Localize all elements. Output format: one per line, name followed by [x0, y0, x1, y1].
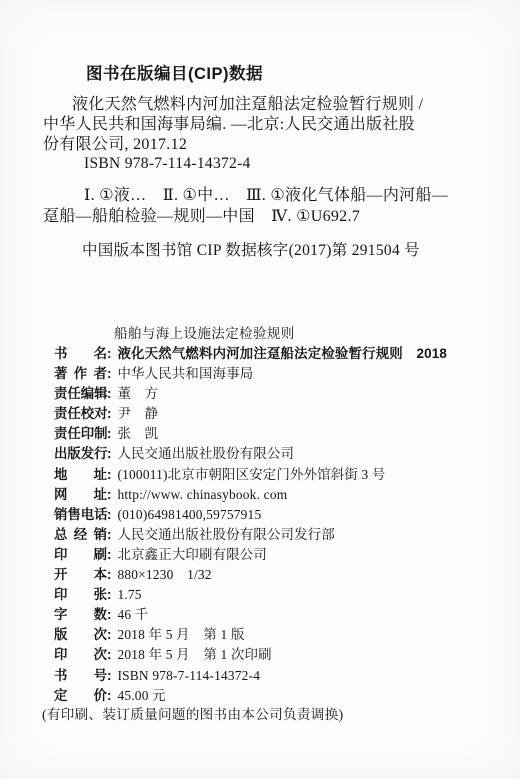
colophon-row-value: 中华人民共和国海事局 [117, 366, 253, 381]
cip-classification: Ⅰ. ①液… Ⅱ. ①中… Ⅲ. ①液化气体船—内河船— 趸船—船舶检验—规则—… [43, 185, 448, 227]
colophon-row-colon: : [107, 527, 111, 542]
colophon-row-label: 出版发行 [54, 444, 107, 464]
colophon-row: 版次:2018 年 5 月 第 1 版 [54, 625, 447, 645]
colophon-row: 书名:液化天然气燃料内河加注趸船法定检验暂行规则 2018 [54, 344, 447, 364]
colophon-row-value: 2018 年 5 月 第 1 次印刷 [117, 647, 271, 662]
colophon-row-label: 著作者 [54, 364, 107, 384]
colophon-row: 责任印制:张 凯 [54, 424, 447, 444]
cip-publisher-line-2: 份有限公司, 2017.12 [43, 135, 423, 155]
colophon-row: 责任编辑:董 方 [54, 384, 447, 404]
colophon-row: 印次:2018 年 5 月 第 1 次印刷 [54, 645, 447, 665]
colophon-row-label: 网址 [54, 485, 107, 505]
colophon-row-value: 1.75 [117, 587, 141, 602]
colophon-row-colon: : [107, 346, 111, 361]
colophon-row-label: 字数 [54, 605, 107, 625]
colophon-row: 印刷:北京鑫正大印刷有限公司 [54, 545, 447, 565]
colophon-row-value: 尹 静 [117, 406, 158, 421]
colophon-row-colon: : [107, 668, 111, 683]
cip-publisher-line: 中华人民共和国海事局编. —北京:人民交通出版社股 [43, 115, 423, 135]
colophon-row-colon: : [107, 487, 111, 502]
colophon-row-label: 印刷 [54, 545, 107, 565]
colophon-row-label: 销售电话 [54, 505, 107, 525]
colophon-row-value: 董 方 [117, 386, 158, 401]
quality-note: (有印刷、装订质量问题的图书由本公司负责调换) [42, 703, 343, 723]
colophon-row-value: 液化天然气燃料内河加注趸船法定检验暂行规则 2018 [117, 346, 447, 361]
colophon-row-colon: : [107, 587, 111, 602]
cip-description-paragraph: 液化天然气燃料内河加注趸船法定检验暂行规则 / 中华人民共和国海事局编. —北京… [43, 95, 423, 156]
colophon-row: 总经销:人民交通出版社股份有限公司发行部 [54, 525, 447, 545]
colophon-row-value: 北京鑫正大印刷有限公司 [117, 547, 267, 562]
colophon-row-colon: : [107, 688, 111, 703]
colophon-row: 书号:ISBN 978-7-114-14372-4 [54, 666, 447, 686]
colophon-row-colon: : [107, 366, 111, 381]
colophon-row-colon: : [107, 607, 111, 622]
colophon-row-value: ISBN 978-7-114-14372-4 [117, 668, 260, 683]
colophon-rows: 书名:液化天然气燃料内河加注趸船法定检验暂行规则 2018著作者:中华人民共和国… [54, 344, 447, 706]
colophon-row-colon: : [107, 647, 111, 662]
colophon-row-label: 地址 [54, 465, 107, 485]
series-title: 船舶与海上设施法定检验规则 [114, 322, 295, 342]
cip-classification-line-2: 趸船—船舶检验—规则—中国 Ⅳ. ①U692.7 [43, 206, 448, 227]
colophon-row-label: 书号 [54, 666, 107, 686]
colophon-row: 网址:http://www. chinasybook. com [54, 485, 447, 505]
colophon-row-value: 人民交通出版社股份有限公司发行部 [117, 527, 334, 542]
colophon-row-colon: : [107, 627, 111, 642]
colophon-row-colon: : [107, 426, 111, 441]
colophon-row-label: 总经销 [54, 525, 107, 545]
colophon-row: 地址:(100011)北京市朝阳区安定门外外馆斜街 3 号 [54, 465, 447, 485]
colophon-row: 责任校对:尹 静 [54, 404, 447, 424]
cip-classification-line-1: Ⅰ. ①液… Ⅱ. ①中… Ⅲ. ①液化气体船—内河船— [43, 185, 448, 206]
colophon-row-label: 责任印制 [54, 424, 107, 444]
colophon-row-colon: : [107, 507, 111, 522]
colophon-row-label: 版次 [54, 625, 107, 645]
colophon-row-label: 责任编辑 [54, 384, 107, 404]
colophon-row-colon: : [107, 446, 111, 461]
colophon-row-value: http://www. chinasybook. com [117, 487, 287, 502]
colophon-row-colon: : [107, 406, 111, 421]
colophon-row: 销售电话:(010)64981400,59757915 [54, 505, 447, 525]
colophon-row-label: 责任校对 [54, 404, 107, 424]
colophon-row-value: (100011)北京市朝阳区安定门外外馆斜街 3 号 [117, 467, 385, 482]
colophon-row-colon: : [107, 386, 111, 401]
colophon-row-value: 46 千 [117, 607, 148, 622]
colophon-row: 出版发行:人民交通出版社股份有限公司 [54, 444, 447, 464]
colophon-row: 字数:46 千 [54, 605, 447, 625]
colophon-row-value: 45.00 元 [117, 688, 165, 703]
colophon-row-value: 人民交通出版社股份有限公司 [117, 446, 294, 461]
colophon-row-value: 880×1230 1/32 [117, 567, 211, 582]
cip-header: 图书在版编目(CIP)数据 [86, 60, 263, 84]
colophon-row: 开本:880×1230 1/32 [54, 565, 447, 585]
colophon-row-colon: : [107, 567, 111, 582]
cip-isbn-line: ISBN 978-7-114-14372-4 [84, 155, 251, 173]
colophon-row-colon: : [107, 547, 111, 562]
colophon-row-value: 张 凯 [117, 426, 158, 441]
colophon-row-label: 印张 [54, 585, 107, 605]
colophon-row-value: 2018 年 5 月 第 1 版 [117, 627, 244, 642]
cip-record-number-line: 中国版本图书馆 CIP 数据核字(2017)第 291504 号 [82, 238, 420, 260]
colophon-row: 著作者:中华人民共和国海事局 [54, 364, 447, 384]
colophon-row-label: 开本 [54, 565, 107, 585]
colophon-row-value: (010)64981400,59757915 [117, 507, 261, 522]
colophon-row-label: 印次 [54, 645, 107, 665]
cip-title-line: 液化天然气燃料内河加注趸船法定检验暂行规则 / [43, 95, 423, 115]
colophon-row: 印张:1.75 [54, 585, 447, 605]
colophon-row-label: 书名 [54, 344, 107, 364]
colophon-row-colon: : [107, 467, 111, 482]
book-copyright-page: 图书在版编目(CIP)数据 液化天然气燃料内河加注趸船法定检验暂行规则 / 中华… [0, 0, 520, 779]
